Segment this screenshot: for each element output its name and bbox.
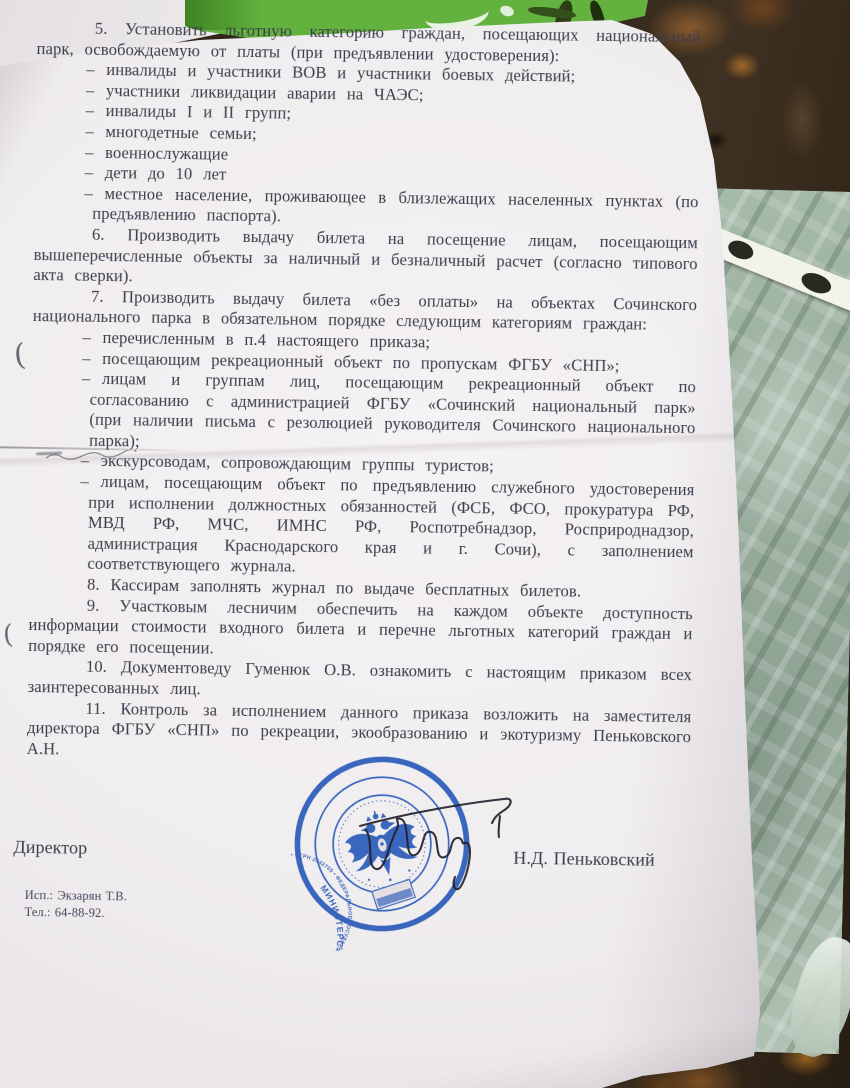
dash-bullet: – [85, 142, 94, 163]
list-item-text: местное население, проживающее в близлеж… [92, 184, 698, 226]
pen-squiggle [44, 450, 139, 462]
dash-bullet: – [82, 348, 91, 369]
dash-bullet: – [84, 183, 93, 204]
dash-bullet: – [86, 80, 95, 101]
dash-bullet: – [85, 122, 94, 143]
green-object-glyph [499, 4, 516, 18]
paragraph-9: 9. Участковым лесничим обеспечить на каж… [28, 595, 693, 666]
list-item-text: участники ликвидации аварии на ЧАЭС; [106, 81, 424, 104]
list-item: –лицам, посещающим объект по предъявлени… [29, 471, 694, 583]
director-signature-ink [352, 780, 537, 915]
dash-bullet: – [85, 163, 94, 184]
list-item-text: перечисленным в п.4 настоящего приказа; [102, 328, 430, 352]
list-item-text: лицам, посещающим объект по предъявлению… [87, 472, 694, 576]
paragraph-6: 6. Производить выдачу билета на посещени… [33, 224, 698, 295]
list-item-text: многодетные семьи; [105, 122, 257, 143]
dash-bullet: – [86, 60, 95, 81]
dash-bullet: – [82, 369, 91, 390]
director-title: Директор [13, 837, 87, 858]
list-item-text: дети до 10 лет [105, 163, 227, 184]
list-item-text: лицам и группам лиц, посещающим рекреаци… [89, 369, 696, 450]
dash-bullet: – [86, 101, 95, 122]
photographed-document-scene: 5. Установить льготную категорию граждан… [0, 0, 850, 1088]
punch-hole [726, 237, 756, 263]
list-item-text: инвалиды I и II групп; [106, 101, 292, 123]
dash-bullet: – [82, 328, 91, 349]
margin-pen-mark: ( [2, 620, 14, 651]
dash-bullet: – [80, 472, 89, 493]
list-item: –лицам и группам лиц, посещающим рекреац… [31, 368, 696, 460]
beneficiary-categories-list: –инвалиды и участники ВОВ и участники бо… [34, 59, 700, 233]
list-item-text: военнослужащие [105, 143, 228, 164]
